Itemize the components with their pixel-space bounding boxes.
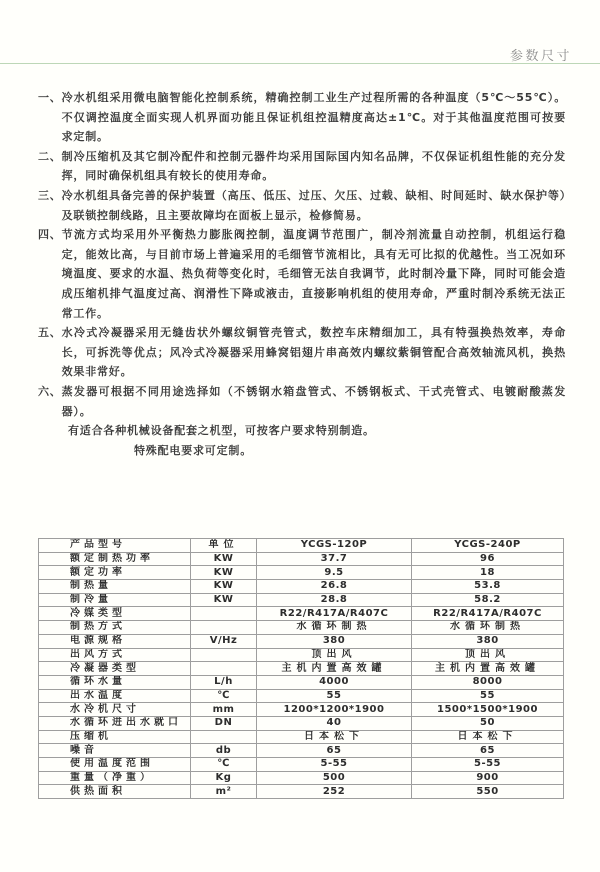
table-cell: 重量（净重）	[39, 771, 191, 785]
table-row: 水冷机尺寸mm1200*1200*19001500*1500*1900	[39, 703, 564, 717]
table-cell: 5-55	[412, 758, 564, 772]
note-text: 冷水机组采用微电脑智能化控制系统，精确控制工业生产过程所需的各种温度（5℃～55…	[62, 88, 566, 147]
table-cell: 日本松下	[257, 730, 412, 744]
note-marker: 一、	[38, 88, 62, 147]
table-row: 制热量KW26.853.8	[39, 580, 564, 594]
table-cell: 制热量	[39, 580, 191, 594]
note-item: 五、水冷式冷凝器采用无缝齿状外螺纹铜管壳管式，数控车床精细加工，具有特强换热效率…	[38, 323, 566, 382]
table-cell: 日本松下	[412, 730, 564, 744]
table-cell: R22/R417A/R407C	[257, 607, 412, 621]
table-cell: YCGS-240P	[412, 539, 564, 553]
table-cell: 65	[412, 744, 564, 758]
table-cell: 1500*1500*1900	[412, 703, 564, 717]
note-marker: 六、	[38, 382, 62, 421]
table-row: 冷凝器类型主机内置高效罐主机内置高效罐	[39, 662, 564, 676]
footnote-line-2: 特殊配电要求可定制。	[134, 441, 566, 461]
table-cell: 额定制热功率	[39, 552, 191, 566]
table-cell: 水冷机尺寸	[39, 703, 191, 717]
table-cell: V/Hz	[191, 634, 257, 648]
table-cell: 出风方式	[39, 648, 191, 662]
note-item: 三、冷水机组具备完善的保护装置（高压、低压、过压、欠压、过载、缺相、时间延时、缺…	[38, 186, 566, 225]
table-cell: DN	[191, 716, 257, 730]
table-cell: L/h	[191, 675, 257, 689]
table-cell: 252	[257, 785, 412, 799]
footnote-line-1: 有适合各种机械设备配套之机型，可按客户要求特别制造。	[68, 421, 566, 441]
table-cell: KW	[191, 552, 257, 566]
table-row: 制热方式水循环制热水循环制热	[39, 621, 564, 635]
note-text: 水冷式冷凝器采用无缝齿状外螺纹铜管壳管式，数控车床精细加工，具有特强换热效率，寿…	[62, 323, 566, 382]
table-cell: 58.2	[412, 593, 564, 607]
notes-list: 一、冷水机组采用微电脑智能化控制系统，精确控制工业生产过程所需的各种温度（5℃～…	[38, 88, 566, 421]
table-cell: 使用温度范围	[39, 758, 191, 772]
note-marker: 二、	[38, 147, 62, 186]
table-row: 供热面积m²252550	[39, 785, 564, 799]
spec-table-body: 产品型号单位YCGS-120PYCGS-240P额定制热功率KW37.796额定…	[39, 539, 564, 799]
table-cell: m²	[191, 785, 257, 799]
table-row: 额定功率KW9.518	[39, 566, 564, 580]
spec-table: 产品型号单位YCGS-120PYCGS-240P额定制热功率KW37.796额定…	[38, 538, 564, 799]
table-cell: 550	[412, 785, 564, 799]
table-cell: 8000	[412, 675, 564, 689]
note-marker: 四、	[38, 225, 62, 323]
table-cell: 50	[412, 716, 564, 730]
table-cell: Kg	[191, 771, 257, 785]
table-row: 额定制热功率KW37.796	[39, 552, 564, 566]
table-cell	[191, 730, 257, 744]
table-cell: ℃	[191, 689, 257, 703]
table-cell: 水循环制热	[412, 621, 564, 635]
table-cell: 37.7	[257, 552, 412, 566]
catalog-page: 参数尺寸 一、冷水机组采用微电脑智能化控制系统，精确控制工业生产过程所需的各种温…	[0, 0, 600, 872]
table-cell: 主机内置高效罐	[412, 662, 564, 676]
table-cell: 5-55	[257, 758, 412, 772]
table-cell: 循环水量	[39, 675, 191, 689]
table-row: 使用温度范围℃5-555-55	[39, 758, 564, 772]
table-row: 电源规格V/Hz380380	[39, 634, 564, 648]
table-row: 水循环进出水就口DN4050	[39, 716, 564, 730]
header-divider-line	[0, 63, 600, 64]
note-text: 节流方式均采用外平衡热力膨胀阀控制，温度调节范围广，制冷剂流量自动控制，机组运行…	[62, 225, 566, 323]
spec-table-header-row: 产品型号单位YCGS-120PYCGS-240P	[39, 539, 564, 553]
table-cell: 28.8	[257, 593, 412, 607]
table-cell: 主机内置高效罐	[257, 662, 412, 676]
table-cell: 噪音	[39, 744, 191, 758]
table-cell	[191, 662, 257, 676]
table-cell: KW	[191, 593, 257, 607]
table-cell: 水循环进出水就口	[39, 716, 191, 730]
table-cell: 制热方式	[39, 621, 191, 635]
table-cell: 制冷量	[39, 593, 191, 607]
table-cell: 电源规格	[39, 634, 191, 648]
table-cell: 55	[257, 689, 412, 703]
note-marker: 三、	[38, 186, 62, 225]
table-cell: R22/R417A/R407C	[412, 607, 564, 621]
table-cell: 55	[412, 689, 564, 703]
table-cell: YCGS-120P	[257, 539, 412, 553]
note-item: 一、冷水机组采用微电脑智能化控制系统，精确控制工业生产过程所需的各种温度（5℃～…	[38, 88, 566, 147]
table-cell: 顶出风	[412, 648, 564, 662]
table-cell: 18	[412, 566, 564, 580]
table-cell: 1200*1200*1900	[257, 703, 412, 717]
note-text: 蒸发器可根据不同用途选择如（不锈钢水箱盘管式、不锈钢板式、干式壳管式、电镀耐酸蒸…	[62, 382, 566, 421]
table-cell	[191, 607, 257, 621]
table-cell: 53.8	[412, 580, 564, 594]
table-cell: KW	[191, 580, 257, 594]
table-row: 出风方式顶出风顶出风	[39, 648, 564, 662]
note-item: 六、蒸发器可根据不同用途选择如（不锈钢水箱盘管式、不锈钢板式、干式壳管式、电镀耐…	[38, 382, 566, 421]
table-cell: 4000	[257, 675, 412, 689]
table-cell: 产品型号	[39, 539, 191, 553]
table-row: 制冷量KW28.858.2	[39, 593, 564, 607]
table-row: 循环水量L/h40008000	[39, 675, 564, 689]
table-cell: 26.8	[257, 580, 412, 594]
note-item: 四、节流方式均采用外平衡热力膨胀阀控制，温度调节范围广，制冷剂流量自动控制，机组…	[38, 225, 566, 323]
table-cell: db	[191, 744, 257, 758]
feature-notes: 一、冷水机组采用微电脑智能化控制系统，精确控制工业生产过程所需的各种温度（5℃～…	[38, 88, 566, 460]
table-cell: 压缩机	[39, 730, 191, 744]
table-cell: 水循环制热	[257, 621, 412, 635]
table-row: 压缩机日本松下日本松下	[39, 730, 564, 744]
table-cell: 9.5	[257, 566, 412, 580]
table-row: 噪音db6565	[39, 744, 564, 758]
table-row: 出水温度℃5555	[39, 689, 564, 703]
table-cell: 96	[412, 552, 564, 566]
table-cell: mm	[191, 703, 257, 717]
note-marker: 五、	[38, 323, 62, 382]
table-cell	[191, 621, 257, 635]
table-cell: 40	[257, 716, 412, 730]
table-row: 冷媒类型R22/R417A/R407CR22/R417A/R407C	[39, 607, 564, 621]
table-cell: 单位	[191, 539, 257, 553]
table-cell: 额定功率	[39, 566, 191, 580]
table-row: 重量（净重）Kg500900	[39, 771, 564, 785]
note-text: 制冷压缩机及其它制冷配件和控制元器件均采用国际国内知名品牌，不仅保证机组性能的充…	[62, 147, 566, 186]
table-cell: 供热面积	[39, 785, 191, 799]
note-text: 冷水机组具备完善的保护装置（高压、低压、过压、欠压、过载、缺相、时间延时、缺水保…	[62, 186, 566, 225]
table-cell: 出水温度	[39, 689, 191, 703]
table-cell: 冷媒类型	[39, 607, 191, 621]
table-cell	[191, 648, 257, 662]
table-cell: 900	[412, 771, 564, 785]
table-cell: 380	[412, 634, 564, 648]
table-cell: 顶出风	[257, 648, 412, 662]
page-title: 参数尺寸	[510, 45, 572, 64]
table-cell: 380	[257, 634, 412, 648]
table-cell: 500	[257, 771, 412, 785]
note-item: 二、制冷压缩机及其它制冷配件和控制元器件均采用国际国内知名品牌，不仅保证机组性能…	[38, 147, 566, 186]
table-cell: KW	[191, 566, 257, 580]
table-cell: 65	[257, 744, 412, 758]
table-cell: ℃	[191, 758, 257, 772]
table-cell: 冷凝器类型	[39, 662, 191, 676]
